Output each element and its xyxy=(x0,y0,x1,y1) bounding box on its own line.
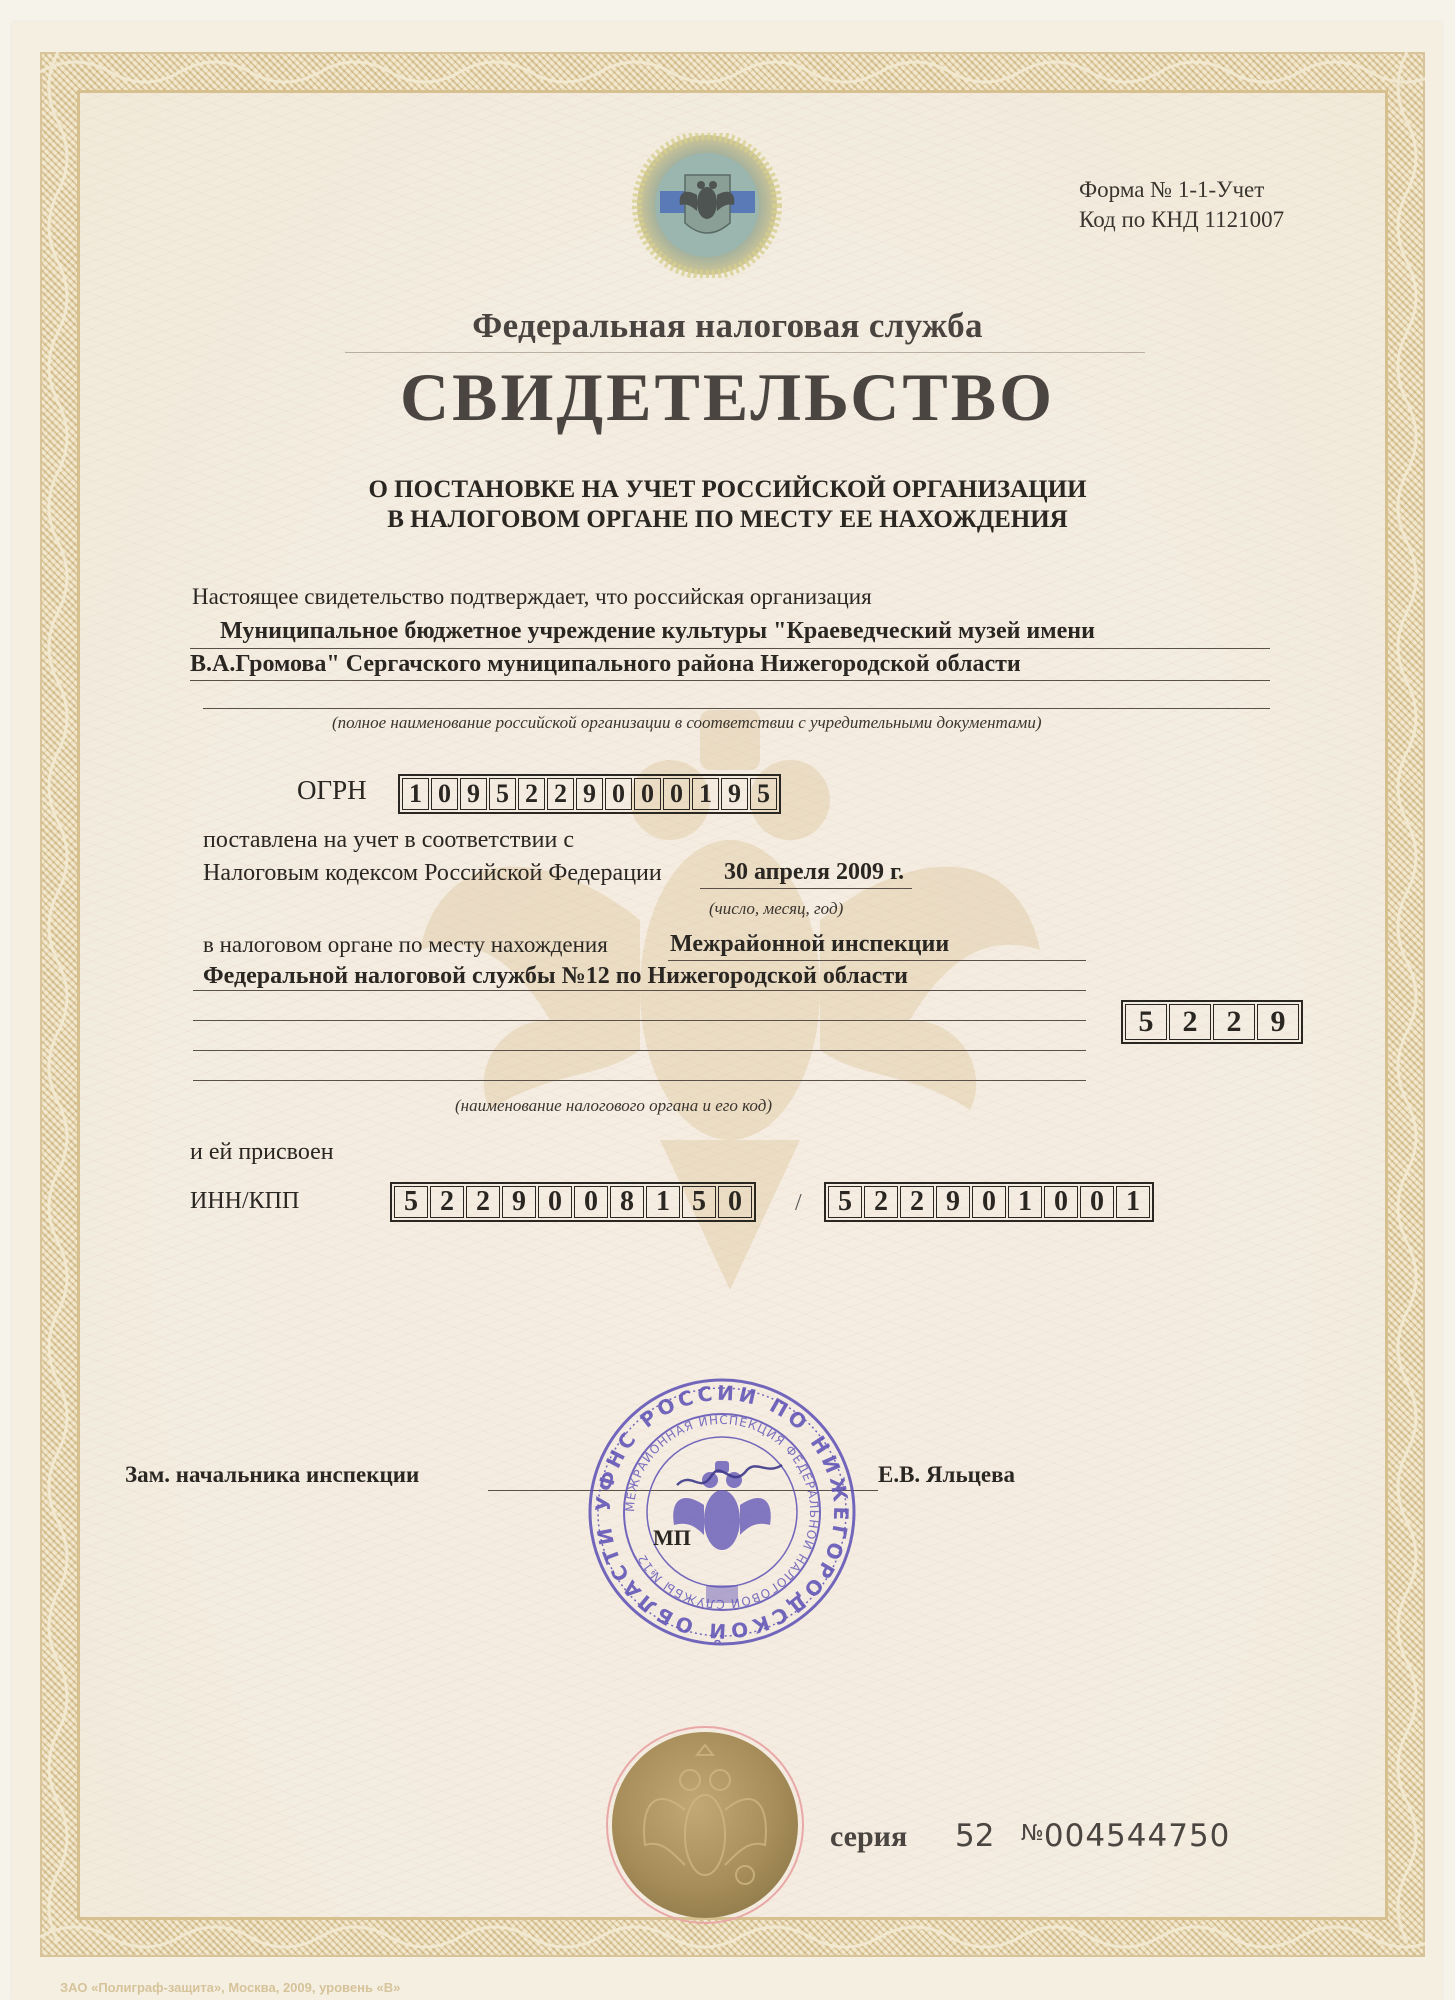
subtitle-line-2: В НАЛОГОВОМ ОРГАНЕ ПО МЕСТУ ЕЕ НАХОЖДЕНИ… xyxy=(0,505,1455,535)
tax-authority-name-line-1: Межрайонной инспекции xyxy=(670,931,949,958)
ogrn-label: ОГРН xyxy=(297,775,367,806)
digit-cell: 5 xyxy=(750,778,777,810)
field-rule xyxy=(203,708,1270,709)
date-rule xyxy=(700,888,912,889)
signatory-name: Е.В. Яльцева xyxy=(878,1462,1015,1488)
digit-cell: 1 xyxy=(1116,1186,1150,1218)
ogrn-value: 1095229000195 xyxy=(398,774,781,814)
digit-cell: 1 xyxy=(402,778,429,810)
tax-authority-name-line-2: Федеральной налоговой службы №12 по Ниже… xyxy=(203,963,908,990)
field-rule xyxy=(193,1050,1086,1051)
blank-number: №004544750 xyxy=(1021,1818,1230,1854)
field-rule xyxy=(668,960,1086,961)
digit-cell: 2 xyxy=(1169,1004,1211,1040)
digit-cell: 0 xyxy=(431,778,458,810)
field-rule xyxy=(190,680,1270,681)
digit-cell: 9 xyxy=(721,778,748,810)
digit-cell: 0 xyxy=(663,778,690,810)
digit-cell: 5 xyxy=(682,1186,716,1218)
form-code-block: Форма № 1-1-Учет Код по КНД 1121007 xyxy=(1079,175,1284,235)
digit-cell: 2 xyxy=(864,1186,898,1218)
digit-cell: 5 xyxy=(394,1186,428,1218)
inn-value: 5229008150 xyxy=(390,1182,756,1222)
registration-date: 30 апреля 2009 г. xyxy=(724,859,904,886)
digit-cell: 9 xyxy=(1257,1004,1299,1040)
digit-cell: 9 xyxy=(936,1186,970,1218)
digit-cell: 2 xyxy=(900,1186,934,1218)
digit-cell: 0 xyxy=(718,1186,752,1218)
inn-kpp-label: ИНН/КПП xyxy=(190,1188,299,1215)
digit-cell: 0 xyxy=(634,778,661,810)
digit-cell: 0 xyxy=(1044,1186,1078,1218)
registration-text-2: Налоговым кодексом Российской Федерации xyxy=(203,860,662,887)
field-rule xyxy=(193,990,1086,991)
digit-cell: 8 xyxy=(610,1186,644,1218)
field-rule xyxy=(190,648,1270,649)
digit-cell: 2 xyxy=(430,1186,464,1218)
digit-cell: 1 xyxy=(692,778,719,810)
organization-caption: (полное наименование российской организа… xyxy=(332,713,1042,733)
inn-kpp-separator: / xyxy=(795,1190,802,1217)
digit-cell: 9 xyxy=(460,778,487,810)
gold-seal xyxy=(605,1725,805,1925)
field-rule xyxy=(193,1020,1086,1021)
digit-cell: 0 xyxy=(574,1186,608,1218)
signatory-position: Зам. начальника инспекции xyxy=(125,1462,419,1488)
digit-cell: 1 xyxy=(646,1186,680,1218)
digit-cell: 5 xyxy=(828,1186,862,1218)
form-number: Форма № 1-1-Учет xyxy=(1079,175,1284,205)
printer-imprint: ЗАО «Полиграф-защита», Москва, 2009, уро… xyxy=(60,1980,400,1995)
organization-name-line-1: Муниципальное бюджетное учреждение культ… xyxy=(220,618,1095,645)
tax-authority-code: 5229 xyxy=(1121,1000,1303,1044)
digit-cell: 0 xyxy=(605,778,632,810)
assigned-text: и ей присвоен xyxy=(190,1139,334,1166)
blank-number-value: 004544750 xyxy=(1044,1818,1231,1854)
digit-cell: 1 xyxy=(1008,1186,1042,1218)
digit-cell: 9 xyxy=(502,1186,536,1218)
agency-underline xyxy=(345,352,1145,353)
digit-cell: 2 xyxy=(518,778,545,810)
date-caption: (число, месяц, год) xyxy=(709,899,843,919)
series-label: серия xyxy=(830,1820,907,1854)
agency-name: Федеральная налоговая служба xyxy=(0,306,1455,346)
official-stamp: УФНС РОССИИ ПО НИЖЕГОРОДСКОЙ ОБЛАСТИ МЕЖ… xyxy=(582,1375,862,1650)
digit-cell: 2 xyxy=(547,778,574,810)
number-sign: № xyxy=(1021,1821,1044,1846)
document-subtitle: О ПОСТАНОВКЕ НА УЧЕТ РОССИЙСКОЙ ОРГАНИЗА… xyxy=(0,475,1455,535)
digit-cell: 2 xyxy=(466,1186,500,1218)
digit-cell: 5 xyxy=(489,778,516,810)
digit-cell: 0 xyxy=(1080,1186,1114,1218)
series-value: 52 xyxy=(955,1818,994,1854)
digit-cell: 0 xyxy=(972,1186,1006,1218)
field-rule xyxy=(193,1080,1086,1081)
digit-cell: 0 xyxy=(538,1186,572,1218)
knd-code: Код по КНД 1121007 xyxy=(1079,205,1284,235)
digit-cell: 2 xyxy=(1213,1004,1255,1040)
kpp-value: 522901001 xyxy=(824,1182,1154,1222)
digit-cell: 9 xyxy=(576,778,603,810)
organization-name-line-2: В.А.Громова" Сергачского муниципального … xyxy=(190,651,1021,678)
document-title: СВИДЕТЕЛЬСТВО xyxy=(0,358,1455,437)
confirmation-text: Настоящее свидетельство подтверждает, чт… xyxy=(192,584,872,610)
fns-hologram-emblem xyxy=(630,133,785,278)
tax-authority-caption: (наименование налогового органа и его ко… xyxy=(455,1096,772,1116)
seal-mark: МП xyxy=(653,1525,691,1551)
tax-authority-label: в налоговом органе по месту нахождения xyxy=(203,932,608,958)
registration-text-1: поставлена на учет в соответствии с xyxy=(203,827,574,854)
digit-cell: 5 xyxy=(1125,1004,1167,1040)
subtitle-line-1: О ПОСТАНОВКЕ НА УЧЕТ РОССИЙСКОЙ ОРГАНИЗА… xyxy=(0,475,1455,505)
